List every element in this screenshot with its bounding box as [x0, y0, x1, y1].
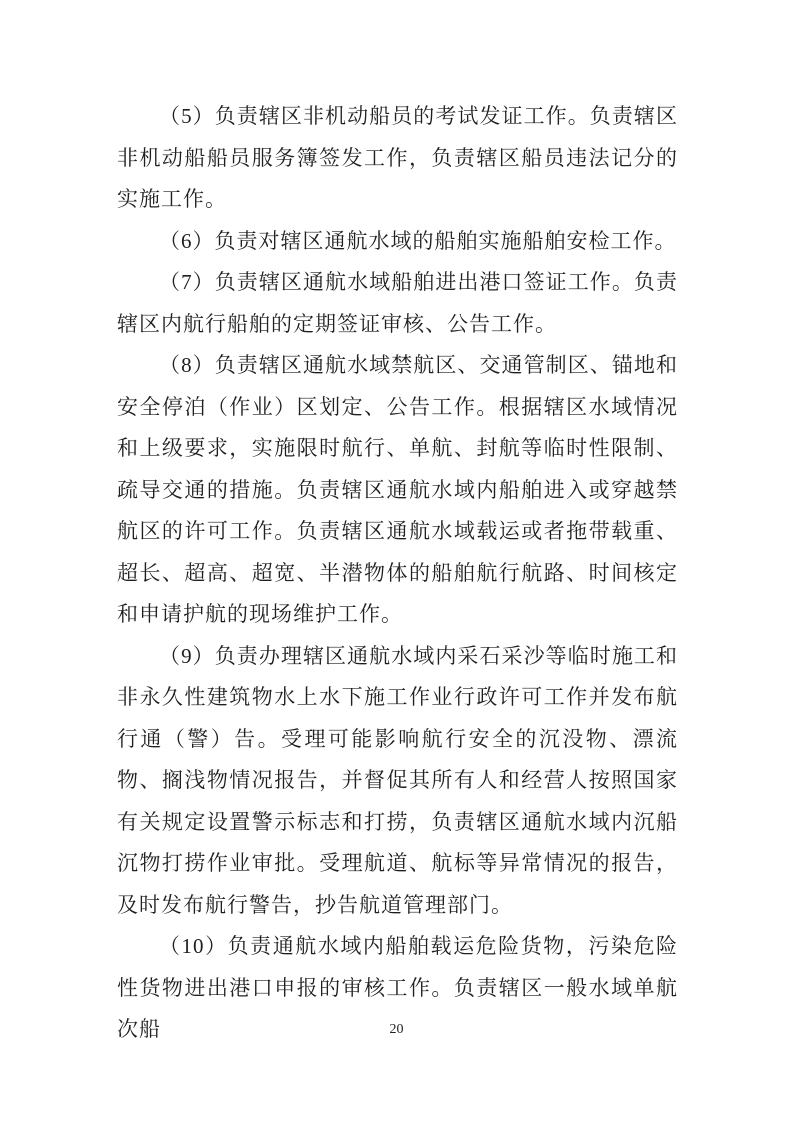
page-footer: 20 [0, 1022, 793, 1038]
paragraph: （7）负责辖区通航水域船舶进出港口签证工作。负责辖区内航行船舶的定期签证审核、公… [117, 262, 678, 345]
paragraph: （8）负责辖区通航水域禁航区、交通管制区、锚地和安全停泊（作业）区划定、公告工作… [117, 345, 678, 636]
page-number: 20 [390, 1022, 404, 1037]
document-body: （5）负责辖区非机动船员的考试发证工作。负责辖区非机动船船员服务簿签发工作，负责… [117, 96, 678, 1051]
paragraph: （5）负责辖区非机动船员的考试发证工作。负责辖区非机动船船员服务簿签发工作，负责… [117, 96, 678, 221]
paragraph: （6）负责对辖区通航水域的船舶实施船舶安检工作。 [117, 221, 678, 263]
paragraph: （9）负责办理辖区通航水域内采石采沙等临时施工和非永久性建筑物水上水下施工作业行… [117, 636, 678, 927]
document-page: （5）负责辖区非机动船员的考试发证工作。负责辖区非机动船船员服务簿签发工作，负责… [0, 0, 793, 1122]
